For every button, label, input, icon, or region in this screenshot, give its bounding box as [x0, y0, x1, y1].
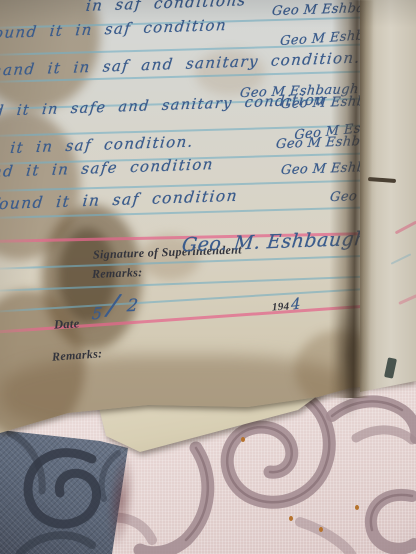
handwritten-year: 4 [291, 294, 300, 314]
handwritten-date-month: 5 [91, 304, 103, 323]
entry-text: in saf conditions [85, 0, 248, 15]
date-label: Date [54, 316, 80, 332]
entry-text: ound it in saf condition [0, 16, 228, 42]
facing-page-pink-rule [398, 294, 416, 305]
entry-text: nd it in safe condition [0, 155, 215, 181]
entry-text: found it in saf condition [0, 187, 239, 214]
ledger-photo: in saf conditions Geo M Eshbaugh ound it… [0, 0, 416, 554]
entry-text: d it in safe and sanitary condition [0, 92, 327, 120]
facing-page-blue-rule [391, 253, 412, 264]
book-gutter-stain [334, 290, 364, 420]
facing-page-pink-rule [395, 221, 416, 235]
handwritten-date-day: 2 [126, 296, 139, 316]
entry-text: l it in saf condition. [0, 132, 195, 157]
remarks-label: Remarks: [92, 265, 143, 282]
year-printed: 194 [272, 301, 290, 314]
